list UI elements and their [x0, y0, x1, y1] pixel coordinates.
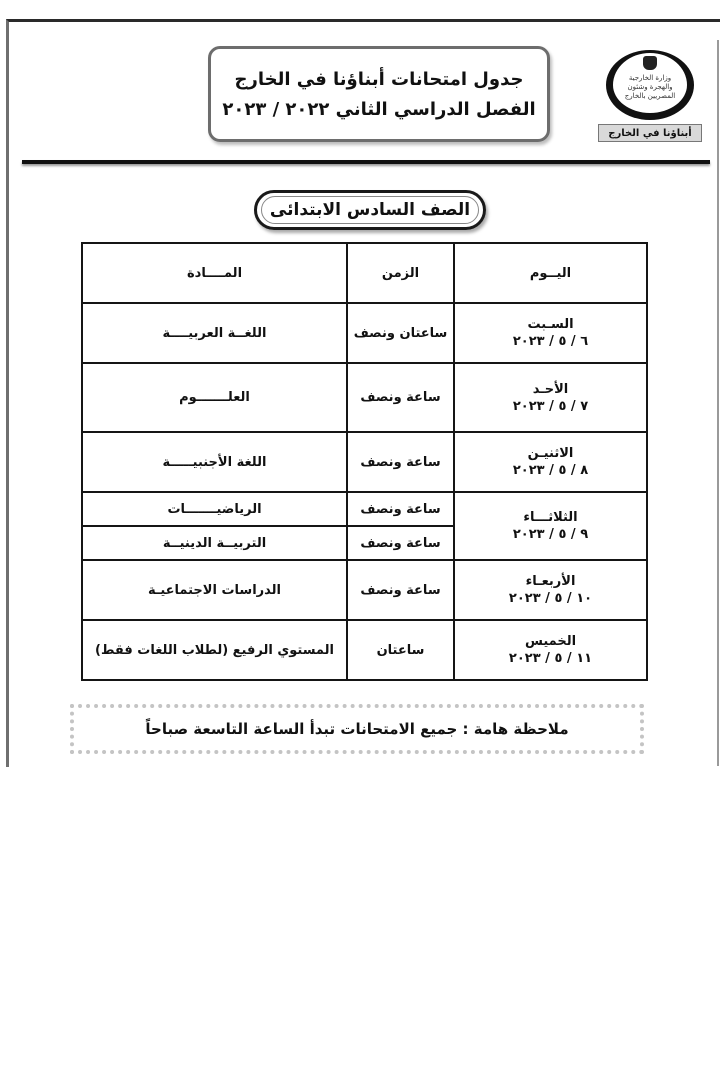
important-note: ملاحظة هامة : جميع الامتحانات تبدأ الساع… [70, 704, 644, 754]
column-header-day: اليــوم [454, 243, 647, 303]
table-row: السـبت ٦ / ٥ / ٢٠٢٣ ساعتان ونصف اللغــة … [82, 303, 647, 363]
day-cell: الأربعـاء ١٠ / ٥ / ٢٠٢٣ [454, 560, 647, 620]
logo-inner-text: وزارة الخارجية والهجرة وشئون المصريين با… [620, 74, 680, 114]
table-row: الأحـد ٧ / ٥ / ٢٠٢٣ ساعة ونصف العلــــــ… [82, 363, 647, 432]
grade-label: الصف السادس الابتدائى [254, 190, 486, 230]
exam-schedule-table: اليــوم الزمن المــــادة السـبت ٦ / ٥ / … [81, 242, 648, 681]
table-header-row: اليــوم الزمن المــــادة [82, 243, 647, 303]
day-name: الأربعـاء [455, 573, 646, 590]
page-title: جدول امتحانات أبناؤنا في الخارج [211, 69, 547, 91]
day-name: الأحـد [455, 381, 646, 398]
header-divider [22, 160, 710, 164]
table-row: الاثنيـن ٨ / ٥ / ٢٠٢٣ ساعة ونصف اللغة ال… [82, 432, 647, 492]
duration-cell: ساعتان [347, 620, 454, 680]
exam-date: ٩ / ٥ / ٢٠٢٣ [455, 526, 646, 543]
page-right-edge [717, 40, 719, 766]
day-name: الثلاثـــاء [455, 509, 646, 526]
column-header-subject: المــــادة [82, 243, 347, 303]
day-cell: الخميس ١١ / ٥ / ٢٠٢٣ [454, 620, 647, 680]
day-cell: الأحـد ٧ / ٥ / ٢٠٢٣ [454, 363, 647, 432]
exam-date: ٦ / ٥ / ٢٠٢٣ [455, 333, 646, 350]
day-name: الخميس [455, 633, 646, 650]
logo-caption: أبناؤنا في الخارج [598, 124, 702, 142]
subject-cell: الرياضيـــــــات [82, 492, 347, 526]
duration-cell: ساعة ونصف [347, 432, 454, 492]
subject-cell: العلـــــــوم [82, 363, 347, 432]
day-name: الاثنيـن [455, 445, 646, 462]
subject-cell: الدراسات الاجتماعيـة [82, 560, 347, 620]
duration-cell: ساعتان ونصف [347, 303, 454, 363]
subject-cell: اللغــة العربيــــة [82, 303, 347, 363]
exam-date: ١١ / ٥ / ٢٠٢٣ [455, 650, 646, 667]
column-header-duration: الزمن [347, 243, 454, 303]
day-cell: السـبت ٦ / ٥ / ٢٠٢٣ [454, 303, 647, 363]
subject-cell: المستوي الرفيع (لطلاب اللغات فقط) [82, 620, 347, 680]
subject-cell: التربيــة الدينيــة [82, 526, 347, 560]
duration-cell: ساعة ونصف [347, 560, 454, 620]
semester-subtitle: الفصل الدراسي الثاني ٢٠٢٢ / ٢٠٢٣ [211, 99, 547, 121]
duration-cell: ساعة ونصف [347, 363, 454, 432]
table-row: الخميس ١١ / ٥ / ٢٠٢٣ ساعتان المستوي الرف… [82, 620, 647, 680]
day-cell: الثلاثـــاء ٩ / ٥ / ٢٠٢٣ [454, 492, 647, 560]
exam-date: ٧ / ٥ / ٢٠٢٣ [455, 398, 646, 415]
table-row: الثلاثـــاء ٩ / ٥ / ٢٠٢٣ ساعة ونصف الريا… [82, 492, 647, 526]
duration-cell: ساعة ونصف [347, 526, 454, 560]
exam-date: ٨ / ٥ / ٢٠٢٣ [455, 462, 646, 479]
eagle-emblem-icon [643, 56, 657, 70]
table-row: الأربعـاء ١٠ / ٥ / ٢٠٢٣ ساعة ونصف الدراس… [82, 560, 647, 620]
day-cell: الاثنيـن ٨ / ٥ / ٢٠٢٣ [454, 432, 647, 492]
subject-cell: اللغة الأجنبيـــــة [82, 432, 347, 492]
logo: وزارة الخارجية والهجرة وشئون المصريين با… [596, 42, 708, 152]
title-box: جدول امتحانات أبناؤنا في الخارج الفصل ال… [208, 46, 550, 142]
duration-cell: ساعة ونصف [347, 492, 454, 526]
day-name: السـبت [455, 316, 646, 333]
exam-date: ١٠ / ٥ / ٢٠٢٣ [455, 590, 646, 607]
